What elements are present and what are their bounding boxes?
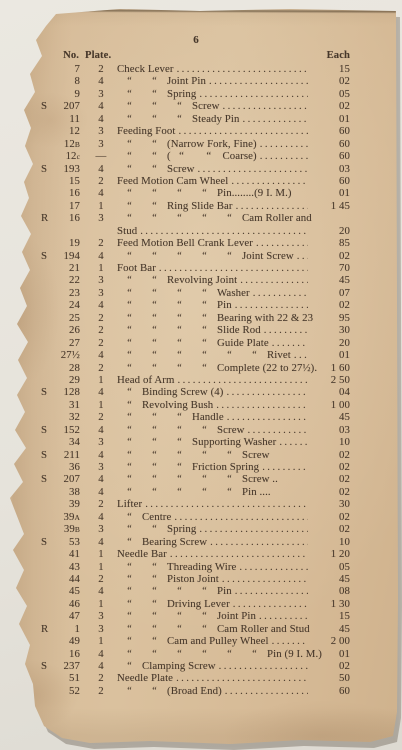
row-plate: 4	[85, 585, 117, 597]
row-price: 02	[308, 100, 352, 112]
row-description: Needle Bar	[117, 548, 308, 560]
row-number: 23	[40, 287, 85, 299]
row-description: Foot Bar	[117, 262, 308, 274]
dot-leader	[262, 461, 308, 473]
row-number-prefix: R	[41, 623, 48, 635]
page-number: 6	[40, 34, 352, 46]
row-plate: 3	[85, 523, 117, 535]
table-row: 322“““Handle45	[40, 411, 352, 423]
row-number: 25	[40, 312, 85, 324]
row-number: 21	[40, 262, 85, 274]
row-plate: 2	[85, 237, 117, 249]
row-number: 16	[40, 648, 85, 660]
dot-leader	[243, 113, 309, 125]
dot-leader	[294, 349, 308, 361]
row-number: 16	[40, 187, 85, 199]
row-price: 1 30	[308, 598, 352, 610]
row-plate: 3	[85, 436, 117, 448]
table-row: 192Feed Motion Bell Crank Lever85	[40, 237, 352, 249]
row-number: 26	[40, 324, 85, 336]
row-plate: 2	[85, 362, 117, 374]
row-text: Screw	[217, 424, 244, 436]
row-number: 38	[40, 486, 85, 498]
row-number-prefix: S	[41, 660, 47, 672]
row-description: ““(Broad End)	[117, 685, 308, 698]
row-text: Screw	[167, 163, 194, 175]
dot-leader	[197, 163, 308, 175]
row-number-suffix: B	[75, 140, 80, 149]
row-number: 17	[40, 200, 85, 212]
table-row: 84““Joint Pin02	[40, 75, 352, 87]
header-no: No.	[40, 50, 85, 61]
row-price: 60	[308, 175, 352, 187]
row-number: 24	[40, 299, 85, 311]
dot-leader	[297, 250, 308, 262]
row-number: 15	[40, 175, 85, 187]
row-text: Joint Pin	[217, 610, 256, 622]
table-row: 512Needle Plate50	[40, 672, 352, 684]
row-text: Slide Rod	[217, 324, 261, 336]
table-row: 39A4“Centre02	[40, 511, 352, 523]
row-text: Pin	[217, 585, 232, 597]
table-row: 384“““““Pin ....02	[40, 486, 352, 498]
row-description: ““““Pin	[117, 585, 308, 598]
row-text: Spring	[167, 88, 196, 100]
table-row: S1934““Screw03	[40, 163, 352, 175]
row-number: R1	[40, 623, 85, 635]
dot-leader	[140, 225, 308, 237]
row-plate: 4	[85, 386, 117, 398]
row-description: “““Screw	[117, 100, 308, 113]
row-number: 39A	[40, 511, 85, 524]
ditto-mark: “	[142, 686, 167, 698]
row-text: Check Lever	[117, 63, 174, 75]
row-description: “““““Screw	[117, 449, 308, 462]
dot-leader	[239, 561, 308, 573]
row-number-prefix: S	[41, 250, 47, 262]
dot-leader	[179, 125, 309, 137]
row-plate: 4	[85, 187, 117, 199]
row-description: ““““Pin	[117, 299, 308, 312]
table-row: 442““Piston Joint45	[40, 573, 352, 585]
row-number: 22	[40, 274, 85, 286]
dot-leader	[264, 324, 308, 336]
row-text: (Broad End)	[167, 685, 222, 697]
row-description: “Bearing Screw	[117, 536, 308, 549]
dot-leader	[159, 262, 308, 274]
row-number: 9	[40, 88, 85, 100]
row-price: 70	[308, 262, 352, 274]
row-number-prefix: S	[41, 100, 47, 112]
table-row: S2114“““““Screw02	[40, 449, 352, 461]
row-plate: 2	[85, 411, 117, 423]
row-description: “Revolving Bush	[117, 399, 308, 412]
row-number: 29	[40, 374, 85, 386]
table-row: 262““““Slide Rod30	[40, 324, 352, 336]
row-text: Needle Plate	[117, 672, 173, 684]
row-price: 95	[308, 312, 352, 324]
dot-leader	[226, 386, 308, 398]
row-description: ““Ring Slide Bar	[117, 200, 308, 213]
row-text: Friction Spring	[192, 461, 259, 473]
table-row: 12B3““(Narrow Fork, Fine)60	[40, 138, 352, 150]
row-plate: 1	[85, 262, 117, 274]
table-row: S1284“Binding Screw (4)04	[40, 386, 352, 398]
row-number: 49	[40, 635, 85, 647]
dot-leader	[235, 585, 308, 597]
row-text: Bearing with 22 & 23	[217, 312, 313, 324]
row-number: S193	[40, 163, 85, 175]
row-text: Cam Roller and Stud	[217, 623, 310, 635]
table-row: 311“Revolving Bush1 00	[40, 399, 352, 411]
row-plate: 1	[85, 374, 117, 386]
row-plate: 2	[85, 672, 117, 684]
row-text: Screw	[192, 100, 219, 112]
row-text: Stud	[117, 225, 137, 237]
row-price: 45	[308, 573, 352, 585]
dot-leader	[235, 299, 308, 311]
table-row: 171““Ring Slide Bar1 45	[40, 200, 352, 212]
row-text: Feed Motion Cam Wheel	[117, 175, 228, 187]
row-description: “Clamping Screw	[117, 660, 308, 673]
row-description: “““““Joint Screw	[117, 250, 308, 263]
row-plate: 3	[85, 610, 117, 622]
row-description: ““““Screw	[117, 424, 308, 437]
table-row: 244““““Pin02	[40, 299, 352, 311]
row-price: 30	[308, 498, 352, 510]
row-number-prefix: S	[41, 386, 47, 398]
row-number-prefix: S	[41, 473, 47, 485]
row-plate: 4	[85, 449, 117, 461]
row-plate: 2	[85, 312, 117, 324]
row-plate: 4	[85, 250, 117, 262]
row-text: Pin........(9 I. M.)	[217, 187, 292, 199]
row-number-suffix: B	[75, 525, 80, 534]
row-text: Head of Arm	[117, 374, 174, 386]
header-plate: Plate.	[85, 50, 117, 61]
row-number-prefix: R	[41, 212, 48, 224]
row-price: 85	[308, 237, 352, 249]
row-price: 60	[308, 125, 352, 137]
row-plate: 1	[85, 561, 117, 573]
row-text: Screw ..	[242, 473, 278, 485]
scan-background: 6 No. Plate. Each 72Check Lever1584““Joi…	[0, 0, 402, 750]
dot-leader	[272, 337, 308, 349]
row-plate: 3	[85, 623, 117, 635]
row-price: 2 50	[308, 374, 352, 386]
row-price: 15	[308, 63, 352, 75]
table-row: R13““““Cam Roller and Stud45	[40, 623, 352, 635]
row-number: 39B	[40, 523, 85, 536]
row-text: Ring Slide Bar	[167, 200, 233, 212]
row-description: ““““Guide Plate	[117, 337, 308, 350]
row-price: 30	[308, 324, 352, 336]
row-price: 20	[308, 337, 352, 349]
dot-leader	[260, 138, 308, 150]
table-row: 12c—““( “ “ Coarse)60	[40, 150, 352, 162]
table-row: S534“Bearing Screw10	[40, 536, 352, 548]
row-text: Feed Motion Bell Crank Lever	[117, 237, 253, 249]
row-plate: 3	[85, 274, 117, 286]
row-text: Pin	[217, 299, 232, 311]
table-row: R163“““““Cam Roller and	[40, 212, 352, 224]
table-row: 252““““Bearing with 22 & 2395	[40, 312, 352, 324]
table-row: 233““““Washer07	[40, 287, 352, 299]
row-price: 02	[308, 511, 352, 523]
row-price: 02	[308, 299, 352, 311]
row-text: Revolving Bush	[142, 399, 213, 411]
row-plate: 2	[85, 324, 117, 336]
row-text: Binding Screw (4)	[142, 386, 223, 398]
row-text: ( “ “ Coarse)	[167, 150, 257, 162]
row-price: 1 60	[308, 362, 352, 374]
dot-leader	[176, 672, 308, 684]
row-text: Spring	[167, 523, 196, 535]
row-text: Complete (22 to 27½).	[217, 362, 317, 374]
row-description: Head of Arm	[117, 374, 308, 386]
row-plate: —	[85, 150, 117, 162]
row-text: Revolving Joint	[167, 274, 237, 286]
row-price: 02	[308, 473, 352, 485]
row-plate: 3	[85, 461, 117, 473]
table-row: Stud20	[40, 225, 352, 237]
row-price: 08	[308, 585, 352, 597]
row-number: 7	[40, 63, 85, 75]
table-row: 473““““Joint Pin15	[40, 610, 352, 622]
dot-leader	[240, 274, 308, 286]
row-description: ““““““Pin (9 I. M.)	[117, 648, 308, 661]
row-text: Handle	[192, 411, 224, 423]
row-description: ““Joint Pin	[117, 75, 308, 88]
row-price: 01	[308, 349, 352, 361]
row-plate: 3	[85, 125, 117, 137]
row-description: ““Revolving Joint	[117, 274, 308, 287]
table-row: 522““(Broad End)60	[40, 685, 352, 697]
row-text: Bearing Screw	[142, 536, 207, 548]
table-row: 411Needle Bar1 20	[40, 548, 352, 560]
row-number: 31	[40, 399, 85, 411]
row-description: “““““Cam Roller and	[117, 212, 308, 225]
row-number-suffix: A	[74, 513, 80, 522]
row-number: 44	[40, 573, 85, 585]
row-plate: 1	[85, 200, 117, 212]
row-description: Feeding Foot	[117, 125, 308, 137]
row-price: 50	[308, 672, 352, 684]
row-text: Cam and Pulley Wheel	[167, 635, 269, 647]
dot-leader	[199, 523, 308, 535]
row-number: 12	[40, 125, 85, 137]
row-price: 45	[308, 623, 352, 635]
dot-leader	[222, 573, 308, 585]
row-number: S53	[40, 536, 85, 548]
dot-leader	[216, 399, 308, 411]
row-description: ““Spring	[117, 523, 308, 536]
row-description: Lifter	[117, 498, 308, 510]
row-plate: 4	[85, 424, 117, 436]
header-spacer	[117, 50, 308, 61]
row-plate: 4	[85, 100, 117, 112]
row-price: 02	[308, 449, 352, 461]
row-description: ““Driving Lever	[117, 598, 308, 611]
row-number-prefix: S	[41, 449, 47, 461]
row-price: 60	[308, 685, 352, 697]
dot-leader	[219, 660, 308, 672]
row-number: S211	[40, 449, 85, 461]
table-row: S2374“Clamping Screw02	[40, 660, 352, 672]
row-plate: 4	[85, 473, 117, 485]
table-row: S1944“““““Joint Screw02	[40, 250, 352, 262]
row-number: 8	[40, 75, 85, 87]
row-price: 2 00	[308, 635, 352, 647]
table-row: S1524““““Screw03	[40, 424, 352, 436]
row-description: Feed Motion Bell Crank Lever	[117, 237, 308, 249]
table-header: No. Plate. Each	[40, 50, 352, 61]
row-number: S128	[40, 386, 85, 398]
row-text: Clamping Screw	[142, 660, 216, 672]
row-price: 60	[308, 138, 352, 150]
table-row: 431““Threading Wire05	[40, 561, 352, 573]
row-text: Washer	[217, 287, 250, 299]
row-number: S152	[40, 424, 85, 436]
dot-leader	[279, 436, 308, 448]
row-description: ““( “ “ Coarse)	[117, 150, 308, 163]
row-price: 03	[308, 163, 352, 175]
row-price: 04	[308, 386, 352, 398]
row-text: Supporting Washer	[192, 436, 276, 448]
table-row: 93““Spring05	[40, 88, 352, 100]
row-number: S237	[40, 660, 85, 672]
row-price: 60	[308, 150, 352, 162]
dot-leader	[210, 536, 308, 548]
row-number-suffix: c	[77, 152, 80, 161]
row-description: Needle Plate	[117, 672, 308, 684]
row-text: Pin ....	[242, 486, 271, 498]
row-text: Centre	[142, 511, 171, 523]
row-number: 11	[40, 113, 85, 125]
row-text: Needle Bar	[117, 548, 167, 560]
row-plate: 4	[85, 75, 117, 87]
row-price: 02	[308, 486, 352, 498]
row-plate: 3	[85, 212, 117, 224]
header-each: Each	[308, 50, 352, 61]
row-description: “Centre	[117, 511, 308, 524]
table-row: 282““““Complete (22 to 27½).1 60	[40, 362, 352, 374]
row-description: “““Supporting Washer	[117, 436, 308, 449]
table-row: 123Feeding Foot60	[40, 125, 352, 137]
dot-leader	[231, 175, 308, 187]
row-number: S207	[40, 100, 85, 112]
row-plate: 4	[85, 511, 117, 523]
row-text: Feeding Foot	[117, 125, 176, 137]
dot-leader	[222, 100, 308, 112]
row-price: 02	[308, 75, 352, 87]
row-text: Threading Wire	[167, 561, 236, 573]
row-description: ““Piston Joint	[117, 573, 308, 586]
table-row: 114“““Steady Pin01	[40, 113, 352, 125]
row-description: ““““Bearing with 22 & 23	[117, 312, 308, 325]
row-price: 10	[308, 436, 352, 448]
row-number-prefix: S	[41, 424, 47, 436]
row-text: Steady Pin	[192, 113, 240, 125]
dot-leader	[260, 150, 308, 162]
dot-leader	[236, 200, 308, 212]
row-number: 34	[40, 436, 85, 448]
row-price: 07	[308, 287, 352, 299]
row-number: 52	[40, 685, 85, 697]
row-price: 1 00	[308, 399, 352, 411]
row-description: ““““Cam Roller and Stud	[117, 623, 308, 636]
dot-leader	[233, 598, 308, 610]
dot-leader	[227, 411, 308, 423]
dot-leader	[174, 511, 308, 523]
row-price: 02	[308, 461, 352, 473]
row-plate: 4	[85, 349, 117, 361]
row-description: Feed Motion Cam Wheel	[117, 175, 308, 187]
row-description: ““““Slide Rod	[117, 324, 308, 337]
row-plate: 1	[85, 548, 117, 560]
row-description: ““““Complete (22 to 27½).	[117, 362, 308, 375]
row-description: “Binding Screw (4)	[117, 386, 308, 399]
row-number: 41	[40, 548, 85, 560]
paper-top-edge	[50, 9, 396, 12]
row-number: R16	[40, 212, 85, 224]
row-number: 45	[40, 585, 85, 597]
row-description: ““Spring	[117, 88, 308, 101]
dot-leader	[170, 548, 308, 560]
row-text: Guide Plate	[217, 337, 269, 349]
table-row: 491““Cam and Pulley Wheel2 00	[40, 635, 352, 647]
table-row: 152Feed Motion Cam Wheel60	[40, 175, 352, 187]
row-number: 27½	[40, 349, 85, 361]
row-description: “““Handle	[117, 411, 308, 424]
row-description: “““““Screw ..	[117, 473, 308, 486]
row-number: 12c	[40, 150, 85, 163]
row-text: Piston Joint	[167, 573, 219, 585]
row-number: S207	[40, 473, 85, 485]
dot-leader	[225, 685, 308, 697]
row-plate: 4	[85, 163, 117, 175]
row-description: “““““Pin ....	[117, 486, 308, 499]
row-plate: 4	[85, 660, 117, 672]
dot-leader	[209, 75, 308, 87]
table-row: 363“““Friction Spring02	[40, 461, 352, 473]
row-plate: 3	[85, 287, 117, 299]
dot-leader	[253, 287, 308, 299]
row-price: 02	[308, 660, 352, 672]
table-row: 343“““Supporting Washer10	[40, 436, 352, 448]
row-plate: 1	[85, 598, 117, 610]
row-plate: 4	[85, 536, 117, 548]
row-number: 36	[40, 461, 85, 473]
row-description: ““Threading Wire	[117, 561, 308, 574]
row-plate: 4	[85, 299, 117, 311]
row-plate: 1	[85, 399, 117, 411]
row-price: 45	[308, 274, 352, 286]
row-text: Lifter	[117, 498, 142, 510]
page: 6 No. Plate. Each 72Check Lever1584““Joi…	[0, 0, 402, 750]
row-description: ““Screw	[117, 163, 308, 176]
table-row: S2074“““““Screw ..02	[40, 473, 352, 485]
ditto-mark: “	[117, 686, 142, 698]
row-number: 12B	[40, 138, 85, 151]
row-price: 01	[308, 113, 352, 125]
row-description: ““(Narrow Fork, Fine)	[117, 138, 308, 151]
row-text: Driving Lever	[167, 598, 230, 610]
row-number: 46	[40, 598, 85, 610]
row-text: (Narrow Fork, Fine)	[167, 138, 257, 150]
row-price: 03	[308, 424, 352, 436]
row-text: Joint Screw	[242, 250, 294, 262]
